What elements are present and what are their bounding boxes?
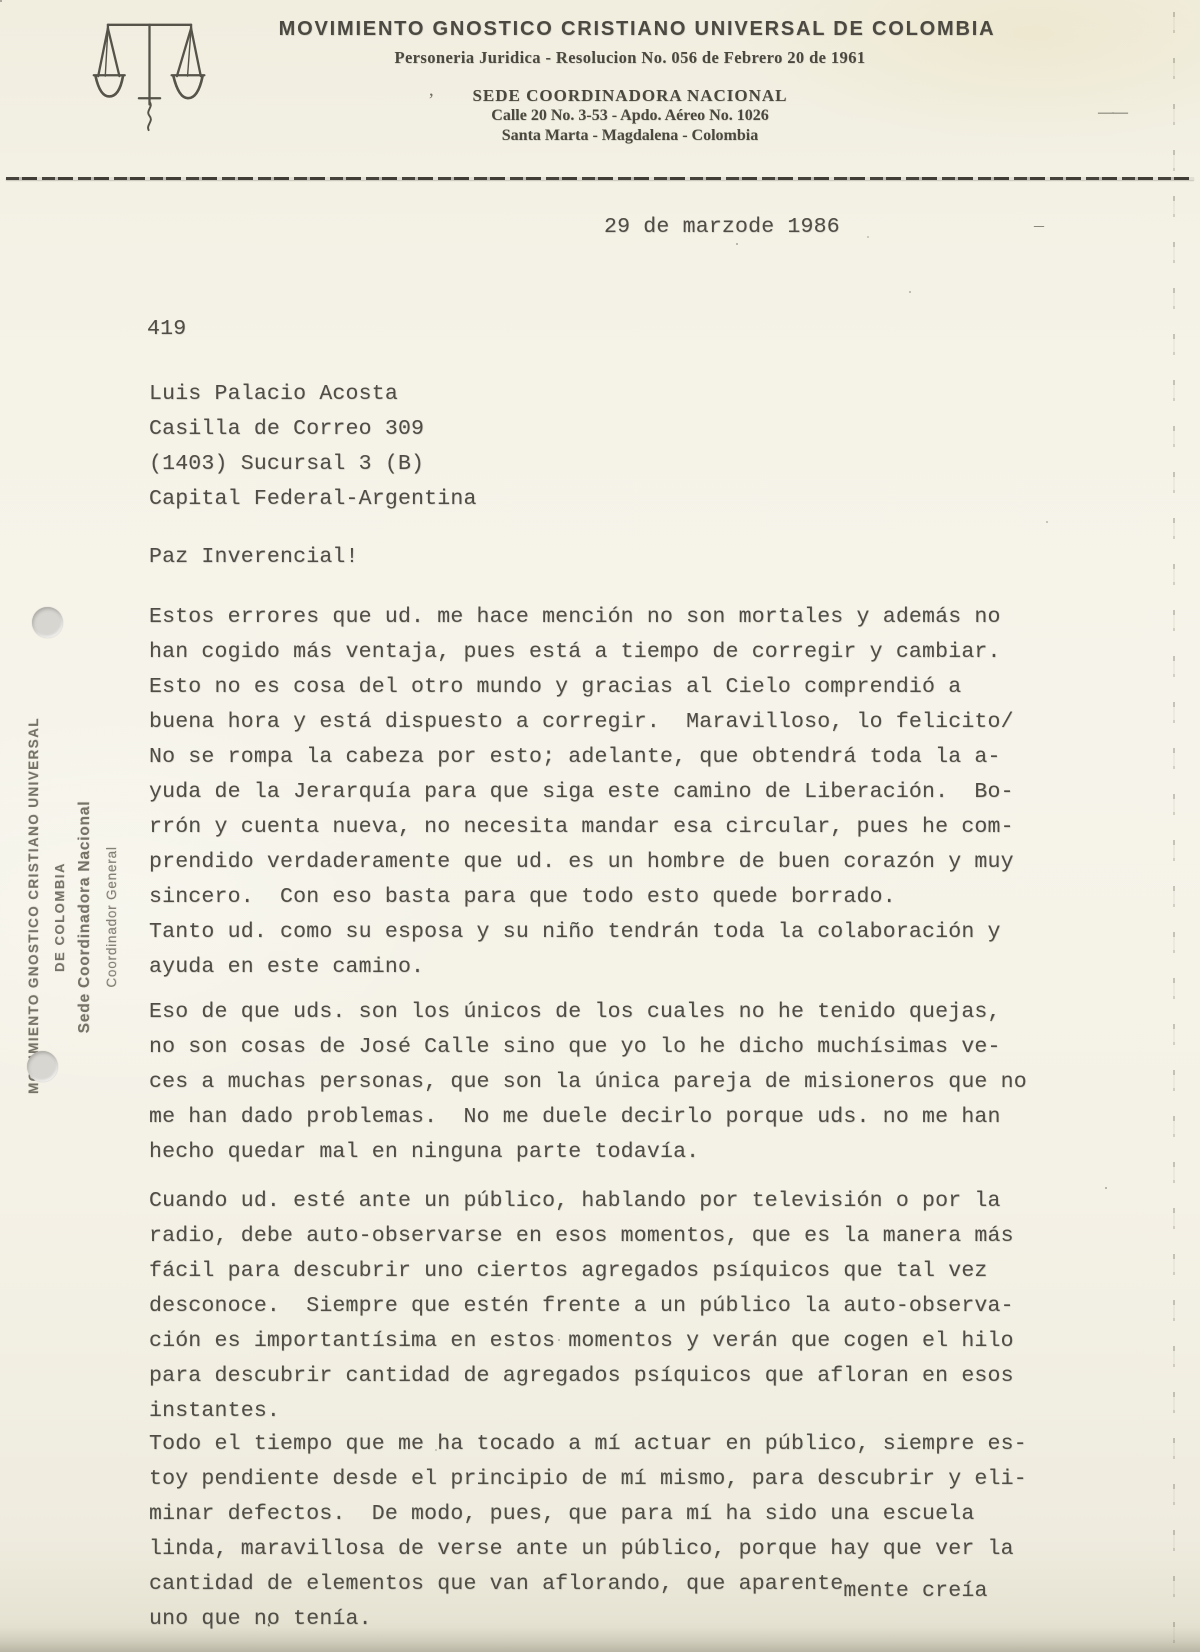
text-line: prendido verdaderamente que ud. es un ho… bbox=[149, 845, 1014, 880]
text-line: instantes. bbox=[149, 1394, 1014, 1429]
text-line: radio, debe auto-observarse en esos mome… bbox=[149, 1219, 1014, 1254]
text-line: Cuando ud. esté ante un público, habland… bbox=[149, 1184, 1014, 1219]
letterhead-legal-line: Personeria Juridica - Resolucion No. 056… bbox=[0, 48, 1200, 68]
body-paragraph-3: Cuando ud. esté ante un público, habland… bbox=[149, 1184, 1014, 1429]
letter-page: { "letterhead": { "org_name": "MOVIMIENT… bbox=[0, 0, 1200, 1652]
ink-speck: ’ bbox=[428, 90, 434, 112]
stamp-role: Coordinador General bbox=[104, 740, 119, 1094]
reference-number: 419 bbox=[147, 312, 186, 347]
letterhead-street: Calle 20 No. 3-53 - Apdo. Aéreo No. 1026 bbox=[0, 107, 1200, 125]
text-line: Estos errores que ud. me hace mención no… bbox=[149, 600, 1014, 635]
side-rubber-stamp: MOVIMIENTO GNOSTICO CRISTIANO UNIVERSAL … bbox=[26, 740, 119, 1094]
text-line: Todo el tiempo que me ha tocado a mí act… bbox=[149, 1427, 1027, 1462]
text-line: Esto no es cosa del otro mundo y gracias… bbox=[149, 670, 1014, 705]
recipient-address-block: Luis Palacio AcostaCasilla de Correo 309… bbox=[149, 377, 477, 517]
scan-page-edge bbox=[1184, 0, 1200, 1652]
text-line: No se rompa la cabeza por esto; adelante… bbox=[149, 740, 1014, 775]
letterhead-divider-rule bbox=[6, 177, 1194, 180]
text-line: Luis Palacio Acosta bbox=[149, 377, 477, 412]
stamp-org-country: DE COLOMBIA bbox=[52, 740, 67, 1094]
text-line: han cogido más ventaja, pues está a tiem… bbox=[149, 635, 1014, 670]
body-paragraph-2: Eso de que uds. son los únicos de los cu… bbox=[149, 995, 1027, 1170]
text-line: toy pendiente desde el principio de mí m… bbox=[149, 1462, 1027, 1497]
text-line: Eso de que uds. son los únicos de los cu… bbox=[149, 995, 1027, 1030]
text-line: cantidad de elementos que van aflorando,… bbox=[149, 1567, 1027, 1602]
body-paragraph-4: Todo el tiempo que me ha tocado a mí act… bbox=[149, 1427, 1027, 1637]
text-line: ces a muchas personas, que son la única … bbox=[149, 1065, 1027, 1100]
body-paragraph-1: Estos errores que ud. me hace mención no… bbox=[149, 600, 1014, 985]
pen-mark: – bbox=[1034, 214, 1044, 237]
text-line: hecho quedar mal en ninguna parte todaví… bbox=[149, 1135, 1027, 1170]
text-line: Casilla de Correo 309 bbox=[149, 412, 477, 447]
stamp-org-name: MOVIMIENTO GNOSTICO CRISTIANO UNIVERSAL bbox=[26, 740, 41, 1094]
text-line: Capital Federal-Argentina bbox=[149, 482, 477, 517]
text-line: sincero. Con eso basta para que todo est… bbox=[149, 880, 1014, 915]
text-line: ción es importantísima en estos momentos… bbox=[149, 1324, 1014, 1359]
text-line: rrón y cuenta nueva, no necesita mandar … bbox=[149, 810, 1014, 845]
ink-speck: ‘ bbox=[266, 1618, 272, 1639]
text-line: minar defectos. De modo, pues, que para … bbox=[149, 1497, 1027, 1532]
text-line: fácil para descubrir uno ciertos agregad… bbox=[149, 1254, 1014, 1289]
scan-bottom-shadow bbox=[0, 1628, 1200, 1652]
stamp-office: Sede Coordinadora Nacional bbox=[76, 740, 94, 1094]
hole-punch bbox=[32, 607, 63, 638]
ink-specks bbox=[0, 0, 2, 2]
scan-edge-dotted-line bbox=[1173, 0, 1175, 1652]
text-line: linda, maravillosa de verse ante un públ… bbox=[149, 1532, 1027, 1567]
text-line: (1403) Sucursal 3 (B) bbox=[149, 447, 477, 482]
text-line: Tanto ud. como su esposa y su niño tendr… bbox=[149, 915, 1014, 950]
text-line: yuda de la Jerarquía para que siga este … bbox=[149, 775, 1014, 810]
letterhead-city: Santa Marta - Magdalena - Colombia bbox=[0, 127, 1200, 145]
text-line: no son cosas de José Calle sino que yo l… bbox=[149, 1030, 1027, 1065]
pen-mark: —— bbox=[1098, 104, 1126, 122]
letter-date: 29 de marzode 1986 bbox=[604, 210, 840, 245]
text-line: desconoce. Siempre que estén frente a un… bbox=[149, 1289, 1014, 1324]
letterhead-office: SEDE COORDINADORA NACIONAL bbox=[0, 86, 1200, 106]
text-line: ayuda en este camino. bbox=[149, 950, 1014, 985]
letterhead-org-name: MOVIMIENTO GNOSTICO CRISTIANO UNIVERSAL … bbox=[0, 18, 1200, 41]
text-line: para descubrir cantidad de agregados psí… bbox=[149, 1359, 1014, 1394]
text-line: me han dado problemas. No me duele decir… bbox=[149, 1100, 1027, 1135]
hole-punch bbox=[27, 1051, 58, 1082]
text-line: buena hora y está dispuesto a corregir. … bbox=[149, 705, 1014, 740]
greeting: Paz Inverencial! bbox=[149, 540, 359, 575]
